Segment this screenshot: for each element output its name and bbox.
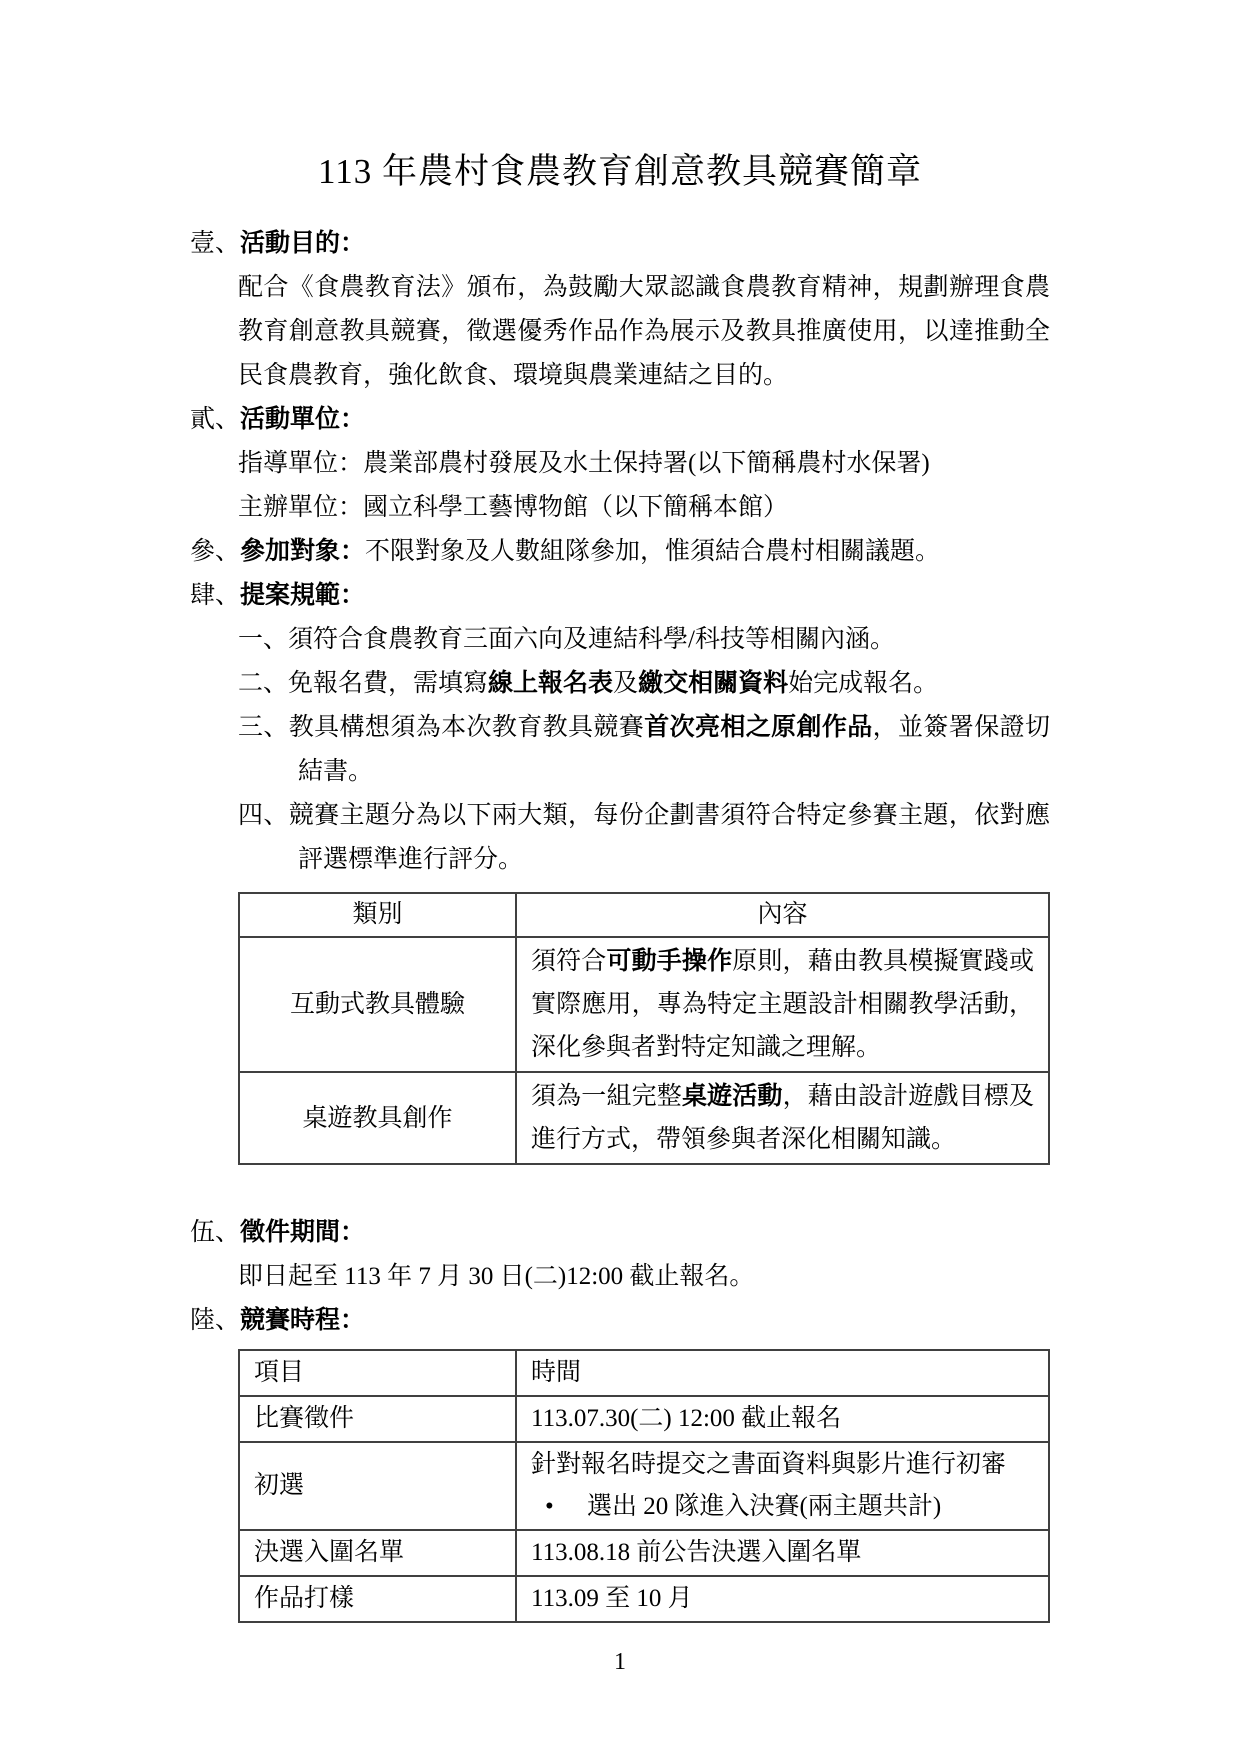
period-text: 即日起至 113 年 7 月 30 日(二)12:00 截止報名。 bbox=[238, 1255, 1050, 1299]
category-table-row-boardgame: 桌遊教具創作 須為一組完整桌遊活動，藉由設計遊戲目標及進行方式，帶領參與者深化相… bbox=[239, 1072, 1049, 1164]
rule-item-3: 三、教具構想須為本次教育教具競賽首次亮相之原創作品，並簽署保證切結書。 bbox=[238, 706, 1050, 794]
rule-item-3-bold: 首次亮相之原創作品 bbox=[644, 714, 872, 741]
section-period-heading: 伍、徵件期間： bbox=[190, 1211, 1050, 1255]
preliminary-line-2: •選出 20 隊進入決賽(兩主題共計) bbox=[531, 1486, 1034, 1528]
section-eligibility-num: 參、 bbox=[190, 538, 240, 565]
category-cell-interactive: 互動式教具體驗 bbox=[239, 937, 516, 1072]
description-cell-boardgame: 須為一組完整桌遊活動，藉由設計遊戲目標及進行方式，帶領參與者深化相關知識。 bbox=[516, 1072, 1049, 1164]
section-organizers-title: 活動單位： bbox=[240, 406, 365, 433]
schedule-item-cell: 比賽徵件 bbox=[239, 1396, 516, 1442]
document-content: 113 年農村食農教育創意教具競賽簡章 壹、活動目的： 配合《食農教育法》頒布，… bbox=[190, 148, 1050, 1679]
schedule-row-prototype: 作品打樣 113.09 至 10 月 bbox=[239, 1576, 1049, 1622]
desc-pre: 須為一組完整 bbox=[531, 1083, 682, 1110]
section-eligibility-line: 參、參加對象：不限對象及人數組隊參加，惟須結合農村相關議題。 bbox=[190, 530, 1050, 574]
schedule-time-cell: 113.07.30(二) 12:00 截止報名 bbox=[516, 1396, 1049, 1442]
desc-bold: 可動手操作 bbox=[606, 948, 732, 975]
eligibility-text: 不限對象及人數組隊參加，惟須結合農村相關議題。 bbox=[365, 538, 940, 565]
category-table: 類別 內容 互動式教具體驗 須符合可動手操作原則，藉由教具模擬實踐或實際應用，專… bbox=[238, 892, 1050, 1165]
section-eligibility-title: 參加對象： bbox=[240, 538, 365, 565]
document-page: 113 年農村食農教育創意教具競賽簡章 壹、活動目的： 配合《食農教育法》頒布，… bbox=[0, 0, 1241, 1755]
schedule-row-submission: 比賽徵件 113.07.30(二) 12:00 截止報名 bbox=[239, 1396, 1049, 1442]
section-rules-title: 提案規範： bbox=[240, 582, 365, 609]
section-schedule-heading: 陸、競賽時程： bbox=[190, 1299, 1050, 1343]
section-schedule-num: 陸、 bbox=[190, 1307, 240, 1334]
schedule-row-finalists: 決選入圍名單 113.08.18 前公告決選入圍名單 bbox=[239, 1530, 1049, 1576]
rule-item-1-num: 一、 bbox=[238, 626, 288, 653]
section-schedule-title: 競賽時程： bbox=[240, 1307, 365, 1334]
rule-item-1-text: 須符合食農教育三面六向及連結科學/科技等相關內涵。 bbox=[288, 626, 895, 653]
advisor-line: 指導單位：農業部農村發展及水土保持署(以下簡稱農村水保署) bbox=[238, 442, 1050, 486]
rule-item-2-bold-1: 線上報名表 bbox=[488, 670, 613, 697]
schedule-item-cell: 作品打樣 bbox=[239, 1576, 516, 1622]
purpose-paragraph: 配合《食農教育法》頒布，為鼓勵大眾認識食農教育精神，規劃辦理食農教育創意教具競賽… bbox=[238, 266, 1050, 398]
schedule-time-cell: 針對報名時提交之書面資料與影片進行初審 •選出 20 隊進入決賽(兩主題共計) bbox=[516, 1442, 1049, 1530]
section-period-title: 徵件期間： bbox=[240, 1219, 365, 1246]
rule-item-2-bold-2: 繳交相關資料 bbox=[638, 670, 788, 697]
rule-item-2: 二、免報名費，需填寫線上報名表及繳交相關資料始完成報名。 bbox=[238, 662, 1050, 706]
preliminary-line-1: 針對報名時提交之書面資料與影片進行初審 bbox=[531, 1444, 1034, 1486]
rule-item-3-text-pre: 教具構想須為本次教育教具競賽 bbox=[289, 714, 644, 741]
category-cell-boardgame: 桌遊教具創作 bbox=[239, 1072, 516, 1164]
description-cell-interactive: 須符合可動手操作原則，藉由教具模擬實踐或實際應用，專為特定主題設計相關教學活動，… bbox=[516, 937, 1049, 1072]
schedule-table-header-row: 項目 時間 bbox=[239, 1350, 1049, 1396]
rule-item-3-num: 三、 bbox=[238, 714, 289, 741]
schedule-item-cell: 初選 bbox=[239, 1442, 516, 1530]
content-header-cell: 內容 bbox=[516, 893, 1049, 937]
schedule-time-cell: 113.08.18 前公告決選入圍名單 bbox=[516, 1530, 1049, 1576]
schedule-table: 項目 時間 比賽徵件 113.07.30(二) 12:00 截止報名 初選 針對… bbox=[238, 1349, 1050, 1623]
category-table-header-row: 類別 內容 bbox=[239, 893, 1049, 937]
section-purpose-title: 活動目的： bbox=[240, 230, 365, 257]
item-header-cell: 項目 bbox=[239, 1350, 516, 1396]
schedule-item-cell: 決選入圍名單 bbox=[239, 1530, 516, 1576]
desc-pre: 須符合 bbox=[531, 948, 606, 975]
host-line: 主辦單位：國立科學工藝博物館（以下簡稱本館） bbox=[238, 486, 1050, 530]
section-rules-num: 肆、 bbox=[190, 582, 240, 609]
section-organizers-num: 貳、 bbox=[190, 406, 240, 433]
rule-item-2-num: 二、 bbox=[238, 670, 288, 697]
rule-item-2-text-post: 始完成報名。 bbox=[788, 670, 938, 697]
section-period-num: 伍、 bbox=[190, 1219, 240, 1246]
preliminary-bullet-text: 選出 20 隊進入決賽(兩主題共計) bbox=[587, 1493, 941, 1520]
rule-item-4: 四、競賽主題分為以下兩大類，每份企劃書須符合特定參賽主題，依對應評選標準進行評分… bbox=[238, 794, 1050, 882]
rule-item-2-text-pre: 免報名費，需填寫 bbox=[288, 670, 488, 697]
desc-bold: 桌遊活動 bbox=[682, 1083, 783, 1110]
rule-item-4-num: 四、 bbox=[238, 802, 289, 829]
category-table-row-interactive: 互動式教具體驗 須符合可動手操作原則，藉由教具模擬實踐或實際應用，專為特定主題設… bbox=[239, 937, 1049, 1072]
rule-item-2-text-mid: 及 bbox=[613, 670, 638, 697]
section-purpose-num: 壹、 bbox=[190, 230, 240, 257]
rule-item-1: 一、須符合食農教育三面六向及連結科學/科技等相關內涵。 bbox=[238, 618, 1050, 662]
bullet-icon: • bbox=[545, 1486, 587, 1528]
schedule-row-preliminary: 初選 針對報名時提交之書面資料與影片進行初審 •選出 20 隊進入決賽(兩主題共… bbox=[239, 1442, 1049, 1530]
section-organizers-heading: 貳、活動單位： bbox=[190, 398, 1050, 442]
time-header-cell: 時間 bbox=[516, 1350, 1049, 1396]
page-number: 1 bbox=[190, 1645, 1050, 1679]
section-purpose-heading: 壹、活動目的： bbox=[190, 222, 1050, 266]
category-header-cell: 類別 bbox=[239, 893, 516, 937]
doc-title: 113 年農村食農教育創意教具競賽簡章 bbox=[190, 148, 1050, 196]
rule-item-4-text: 競賽主題分為以下兩大類，每份企劃書須符合特定參賽主題，依對應評選標準進行評分。 bbox=[289, 802, 1050, 873]
schedule-time-cell: 113.09 至 10 月 bbox=[516, 1576, 1049, 1622]
section-rules-heading: 肆、提案規範： bbox=[190, 574, 1050, 618]
